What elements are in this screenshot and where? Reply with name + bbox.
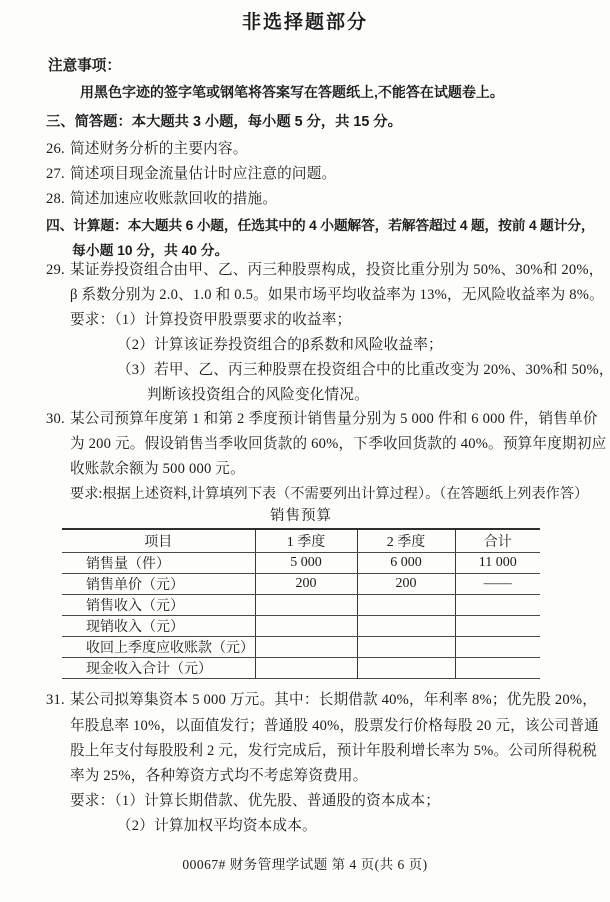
question-31-line4: 率为 25%，各种筹资方式均不考虑筹资费用。 xyxy=(70,767,368,785)
row-total-cash-income-q2 xyxy=(357,658,455,679)
row-total-cash-income-q1 xyxy=(255,658,357,679)
row-sales-revenue-q2 xyxy=(357,595,455,616)
question-28-text: 简述加速应收账款回收的措施。 xyxy=(70,191,277,207)
question-29-text: 某证券投资组合由甲、乙、丙三种股票构成，投资比重分别为 50%、30%和 20%… xyxy=(70,262,604,278)
page-footer: 00067# 财务管理学试题 第 4 页(共 6 页) xyxy=(0,856,610,874)
question-29-line1: 29.某证券投资组合由甲、乙、丙三种股票构成，投资比重分别为 50%、30%和 … xyxy=(46,261,604,279)
question-30-text: 某公司预算年度第 1 和第 2 季度预计销售量分别为 5 000 件和 6 00… xyxy=(70,411,598,427)
question-30-number: 30. xyxy=(46,410,70,428)
row-sales-volume-q2: 6 000 xyxy=(357,553,455,574)
table-header-total: 合计 xyxy=(455,529,540,553)
question-29-requirement-3-cont: 判断该投资组合的风险变化情况。 xyxy=(147,386,369,404)
row-sales-revenue-total xyxy=(455,595,540,616)
notice-heading: 注意事项： xyxy=(48,57,121,75)
question-30-line2: 为 200 元。假设销售当季收回货款的 60%，下季收回货款的 40%。预算年度… xyxy=(70,435,606,453)
question-26: 26.简述财务分析的主要内容。 xyxy=(46,140,248,158)
question-31-requirement-1: 要求：（1）计算长期借款、优先股、普通股的资本成本； xyxy=(70,792,440,810)
table-row: 销售单价（元） 200 200 —— xyxy=(62,574,540,595)
question-31-line3: 股上年支付每股股利 2 元，发行完成后，预计年股利增长率为 5%。公司所得税税 xyxy=(70,742,597,760)
question-27-number: 27. xyxy=(46,165,70,183)
row-cash-sales-q2 xyxy=(357,616,455,637)
sales-budget-table-title: 销售预算 xyxy=(62,507,540,525)
question-31-line2: 年股息率 10%，以面值发行；普通股 40%，股票发行价格每股 20 元，该公司… xyxy=(70,717,599,735)
row-total-cash-income-total xyxy=(455,658,540,679)
row-unit-price-label: 销售单价（元） xyxy=(62,574,255,595)
table-row: 销售量（件） 5 000 6 000 11 000 xyxy=(62,553,540,574)
page-title: 非选择题部分 xyxy=(0,14,610,32)
table-header-row: 项目 1 季度 2 季度 合计 xyxy=(62,529,540,553)
row-receivables-collected-q2 xyxy=(357,637,455,658)
row-receivables-collected-total xyxy=(455,637,540,658)
row-sales-volume-label: 销售量（件） xyxy=(62,553,255,574)
notice-body: 用黑色字迹的签字笔或钢笔将答案写在答题纸上,不能答在试题卷上。 xyxy=(80,83,504,101)
table-row: 销售收入（元） xyxy=(62,595,540,616)
table-row: 现销收入（元） xyxy=(62,616,540,637)
row-unit-price-q2: 200 xyxy=(357,574,455,595)
row-cash-sales-q1 xyxy=(255,616,357,637)
question-27-text: 简述项目现金流量估计时应注意的问题。 xyxy=(70,166,336,182)
row-receivables-collected-q1 xyxy=(255,637,357,658)
row-unit-price-total: —— xyxy=(455,574,540,595)
table-row: 现金收入合计（元） xyxy=(62,658,540,679)
question-31-line1: 31.某公司拟筹集资本 5 000 万元。其中：长期借款 40%，年利率 8%；… xyxy=(46,691,597,709)
question-29-line2: β 系数分别为 2.0、1.0 和 0.5。如果市场平均收益率为 13%，无风险… xyxy=(70,286,604,304)
question-31-requirement-2: （2）计算加权平均资本成本。 xyxy=(117,817,317,835)
question-31-number: 31. xyxy=(46,691,70,709)
question-31-text: 某公司拟筹集资本 5 000 万元。其中：长期借款 40%，年利率 8%；优先股… xyxy=(70,692,597,708)
question-30-requirement: 要求:根据上述资料,计算填列下表（不需要列出计算过程）。（在答题纸上列表作答） xyxy=(70,485,588,503)
question-26-text: 简述财务分析的主要内容。 xyxy=(70,141,248,157)
row-cash-sales-label: 现销收入（元） xyxy=(62,616,255,637)
row-sales-volume-total: 11 000 xyxy=(455,553,540,574)
table-header-q2: 2 季度 xyxy=(357,529,455,553)
row-sales-revenue-label: 销售收入（元） xyxy=(62,595,255,616)
question-29-requirement-3: （3）若甲、乙、丙三种股票在投资组合中的比重改变为 20%、30%和 50%， xyxy=(117,361,610,379)
row-receivables-collected-label: 收回上季度应收账款（元） xyxy=(62,637,255,658)
question-29-requirement-2: （2）计算该证券投资组合的β系数和风险收益率； xyxy=(117,336,443,354)
question-30-line1: 30.某公司预算年度第 1 和第 2 季度预计销售量分别为 5 000 件和 6… xyxy=(46,410,598,428)
row-total-cash-income-label: 现金收入合计（元） xyxy=(62,658,255,679)
question-28: 28.简述加速应收账款回收的措施。 xyxy=(46,190,277,208)
question-28-number: 28. xyxy=(46,190,70,208)
table-header-q1: 1 季度 xyxy=(255,529,357,553)
table-header-item: 项目 xyxy=(62,529,255,553)
section4-heading-line1: 四、计算题：本大题共 6 小题，任选其中的 4 小题解答，若解答超过 4 题，按… xyxy=(46,217,594,235)
row-unit-price-q1: 200 xyxy=(255,574,357,595)
question-29-requirement-1: 要求：（1）计算投资甲股票要求的收益率； xyxy=(70,311,351,329)
question-30-line3: 收账款余额为 500 000 元。 xyxy=(70,460,245,478)
section4-heading-line2: 每小题 10 分，共 40 分。 xyxy=(72,242,228,260)
row-sales-revenue-q1 xyxy=(255,595,357,616)
row-sales-volume-q1: 5 000 xyxy=(255,553,357,574)
sales-budget-table: 项目 1 季度 2 季度 合计 销售量（件） 5 000 6 000 11 00… xyxy=(62,528,540,679)
question-29-number: 29. xyxy=(46,261,70,279)
section3-heading: 三、简答题：本大题共 3 小题，每小题 5 分，共 15 分。 xyxy=(46,113,402,131)
exam-page: 非选择题部分 注意事项： 用黑色字迹的签字笔或钢笔将答案写在答题纸上,不能答在试… xyxy=(0,0,610,902)
question-27: 27.简述项目现金流量估计时应注意的问题。 xyxy=(46,165,336,183)
question-26-number: 26. xyxy=(46,140,70,158)
row-cash-sales-total xyxy=(455,616,540,637)
table-row: 收回上季度应收账款（元） xyxy=(62,637,540,658)
